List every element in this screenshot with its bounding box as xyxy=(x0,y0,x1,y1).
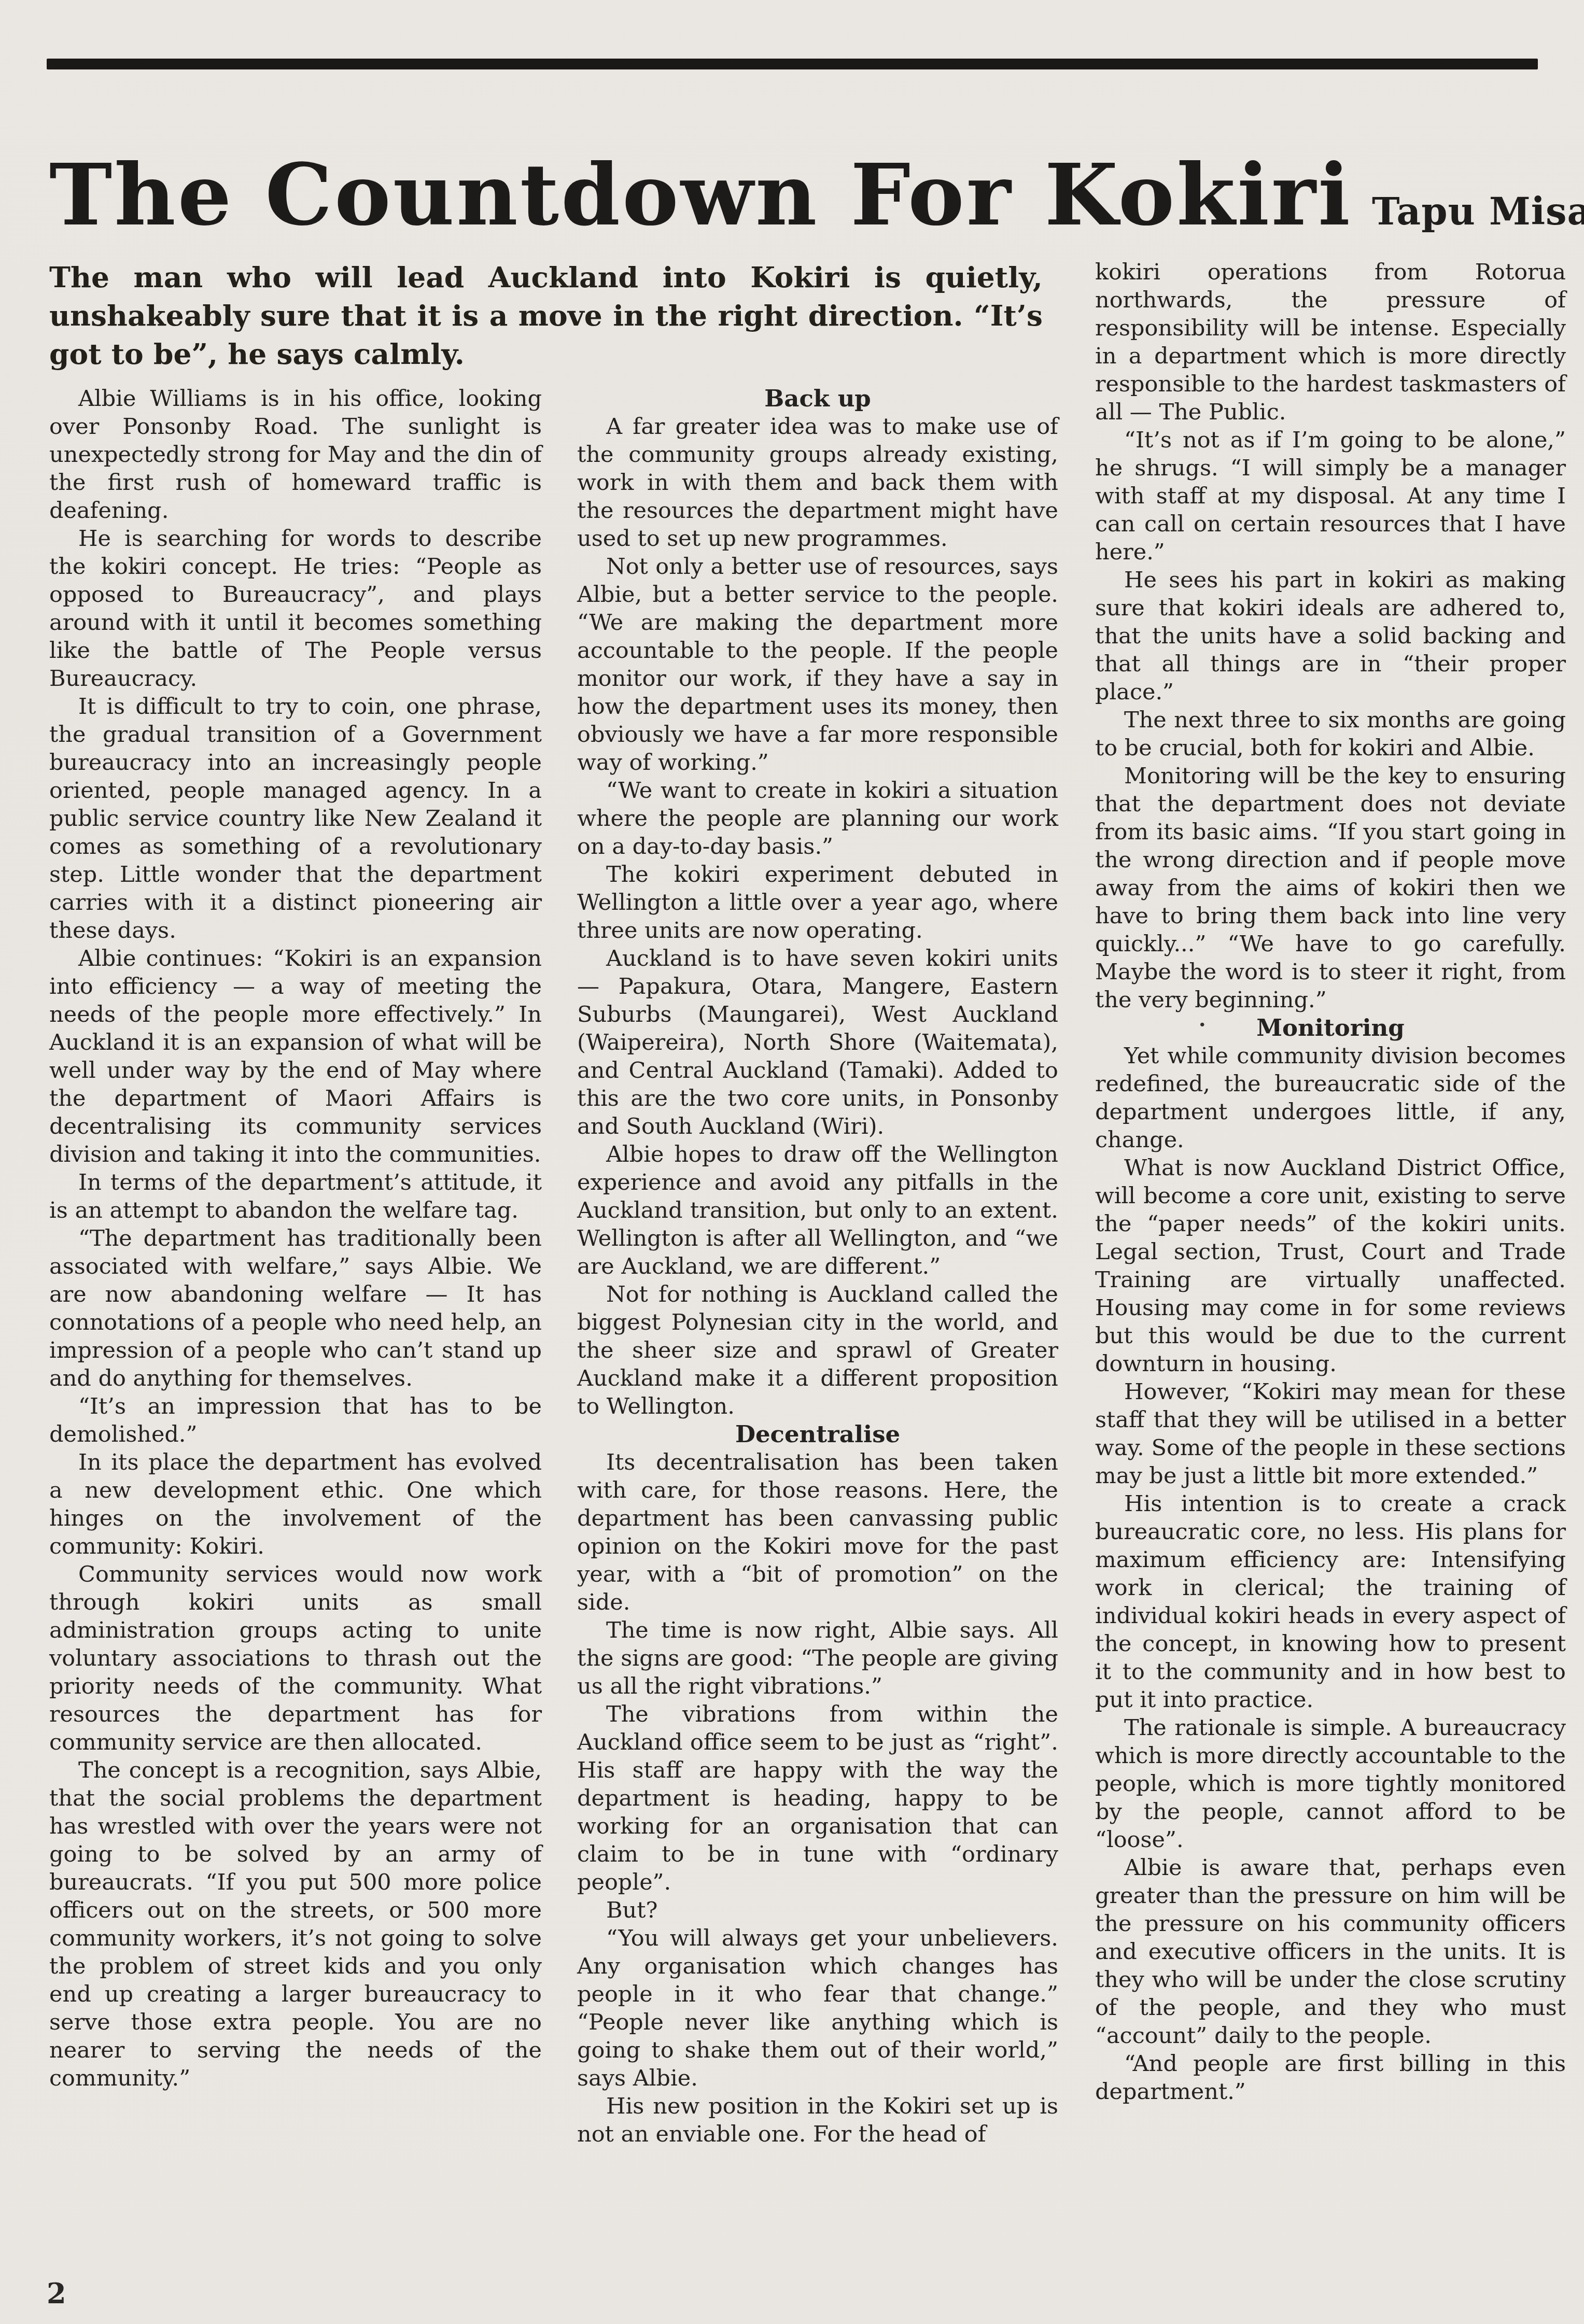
paragraph: However, “Kokiri may mean for these staf… xyxy=(1095,1378,1566,1490)
paragraph: Albie is aware that, perhaps even greate… xyxy=(1095,1854,1566,2050)
paragraph: “The department has traditionally been a… xyxy=(49,1224,542,1392)
paragraph: Albie continues: “Kokiri is an expansion… xyxy=(49,945,542,1168)
page-number: 2 xyxy=(47,2277,66,2310)
paragraph: Its decentralisation has been taken with… xyxy=(577,1448,1058,1616)
paragraph: “It’s not as if I’m going to be alone,” … xyxy=(1095,426,1566,566)
paragraph: The kokiri experiment debuted in Welling… xyxy=(577,861,1058,945)
paragraph: Yet while community division becomes red… xyxy=(1095,1042,1566,1154)
paragraph: kokiri operations from Rotorua northward… xyxy=(1095,258,1566,426)
paragraph: He sees his part in kokiri as making sur… xyxy=(1095,566,1566,706)
article-column-3: kokiri operations from Rotorua northward… xyxy=(1095,258,1566,2106)
page-title: The Countdown For Kokiri xyxy=(49,151,1352,240)
paragraph: He is searching for words to describe th… xyxy=(49,525,542,693)
paragraph: In terms of the department’s attitude, i… xyxy=(49,1168,542,1224)
paragraph: The time is now right, Albie says. All t… xyxy=(577,1616,1058,1700)
paragraph: The rationale is simple. A bureaucracy w… xyxy=(1095,1714,1566,1854)
paragraph: “And people are first billing in this de… xyxy=(1095,2050,1566,2106)
paragraph: Not only a better use of resources, says… xyxy=(577,553,1058,777)
lead-paragraph: The man who will lead Auckland into Koki… xyxy=(49,258,1043,373)
paragraph: “You will always get your unbelievers. A… xyxy=(577,1924,1058,2092)
paragraph: “It’s an impression that has to be demol… xyxy=(49,1392,542,1448)
paragraph: In its place the department has evolved … xyxy=(49,1448,542,1560)
paragraph: Not for nothing is Auckland called the b… xyxy=(577,1280,1058,1420)
newspaper-page: The Countdown For Kokiri Tapu Misa The m… xyxy=(0,0,1584,2324)
top-rule xyxy=(47,59,1538,69)
paragraph: The vibrations from within the Auckland … xyxy=(577,1700,1058,1896)
paragraph: Albie Williams is in his office, looking… xyxy=(49,385,542,525)
paragraph: Community services would now work throug… xyxy=(49,1560,542,1756)
paragraph: Monitoring will be the key to ensuring t… xyxy=(1095,762,1566,1014)
byline: Tapu Misa xyxy=(1372,189,1584,233)
paragraph: A far greater idea was to make use of th… xyxy=(577,413,1058,553)
print-artifact-dot: · xyxy=(1199,1011,1206,1039)
paragraph: His new position in the Kokiri set up is… xyxy=(577,2092,1058,2148)
paragraph: The concept is a recognition, says Albie… xyxy=(49,1756,542,2092)
paragraph: It is difficult to try to coin, one phra… xyxy=(49,693,542,945)
paragraph: What is now Auckland District Office, wi… xyxy=(1095,1154,1566,1378)
section-heading: Decentralise xyxy=(577,1420,1058,1448)
paragraph: The next three to six months are going t… xyxy=(1095,706,1566,762)
section-heading: ·Monitoring xyxy=(1095,1014,1566,1042)
masthead: The Countdown For Kokiri Tapu Misa xyxy=(49,151,1568,240)
paragraph: His intention is to create a crack burea… xyxy=(1095,1490,1566,1714)
section-heading: Back up xyxy=(577,385,1058,413)
article-column-2: Back upA far greater idea was to make us… xyxy=(577,385,1058,2148)
paragraph: “We want to create in kokiri a situation… xyxy=(577,777,1058,861)
article-column-1: Albie Williams is in his office, looking… xyxy=(49,385,542,2092)
paragraph: Albie hopes to draw off the Wellington e… xyxy=(577,1140,1058,1280)
paragraph: Auckland is to have seven kokiri units —… xyxy=(577,945,1058,1140)
paragraph: But? xyxy=(577,1896,1058,1924)
